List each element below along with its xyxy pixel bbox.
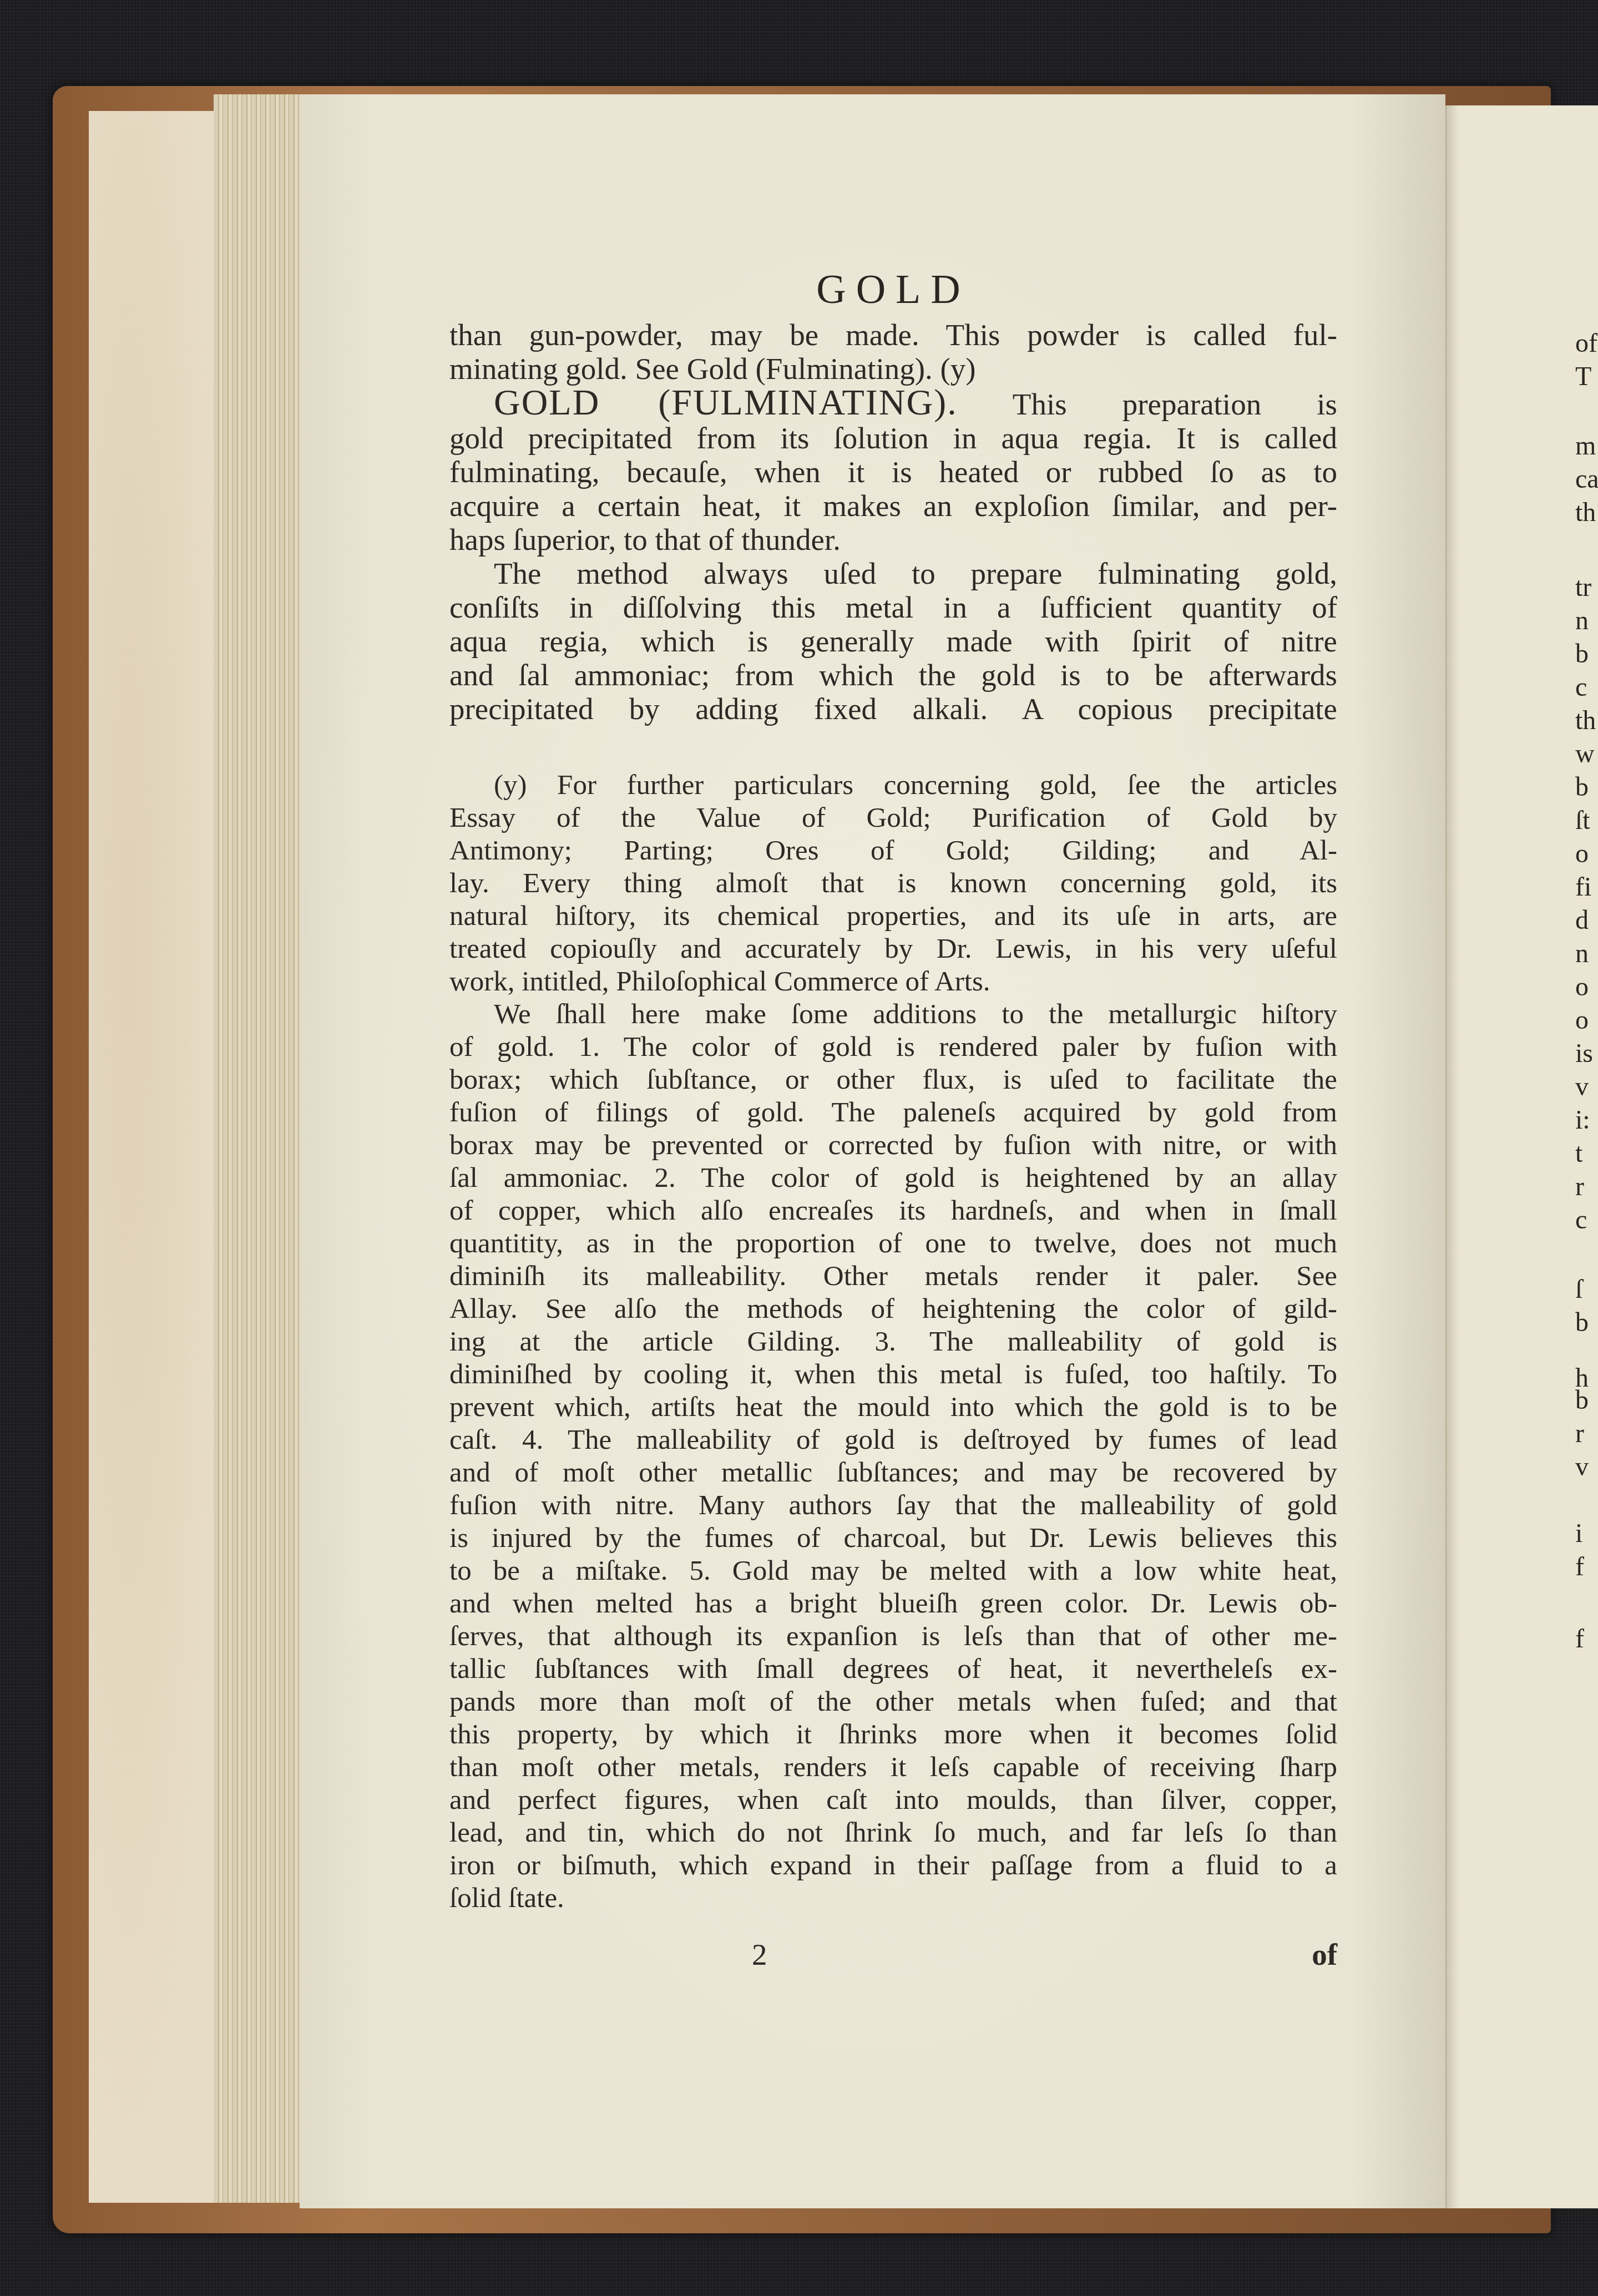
footnote-line: We ſhall here make ſome additions to the…	[449, 998, 1337, 1031]
catchword: of	[1312, 1937, 1337, 1972]
footnote-line: and perfect figures, when caſt into moul…	[449, 1784, 1337, 1817]
footnote-line: (y) For further particulars concerning g…	[449, 769, 1337, 802]
entry-headword-line: GOLD (FULMINATING). This preparation is	[449, 386, 1337, 421]
text-line: and ſal ammoniac; from which the gold is…	[449, 658, 1337, 692]
footnote-line: lead, and tin, which do not ſhrink ſo mu…	[449, 1817, 1337, 1849]
facing-page-text-fragment: b	[1575, 774, 1589, 801]
facing-page-text-fragment: v	[1575, 1074, 1589, 1100]
footnote-line: treated copiouſly and accurately by Dr. …	[449, 933, 1337, 965]
footnote-line: this property, by which it ſhrinks more …	[449, 1718, 1337, 1751]
text-line: minating gold. See Gold (Fulminating). (…	[449, 352, 1337, 386]
facing-page-text-fragment: tr	[1575, 574, 1591, 601]
footnote-line: iron or biſmuth, which expand in their p…	[449, 1849, 1337, 1882]
footnote-line: borax; which ſubſtance, or other flux, i…	[449, 1064, 1337, 1096]
facing-page-text-fragment: n	[1575, 608, 1589, 634]
facing-page-text-fragment: i:	[1575, 1107, 1590, 1134]
facing-page-text-fragment: d	[1575, 907, 1589, 934]
facing-page-text-fragment: b	[1575, 1309, 1589, 1336]
facing-page-text-fragment: o	[1575, 974, 1589, 1000]
text-line: precipitated by adding fixed alkali. A c…	[449, 692, 1337, 726]
facing-page-text-fragment: th	[1575, 707, 1596, 734]
footnote-line: caſt. 4. The malleability of gold is deſ…	[449, 1424, 1337, 1457]
text-line: gold precipitated from its ſolution in a…	[449, 421, 1337, 455]
facing-page-text-fragment: f	[1575, 1554, 1584, 1580]
facing-page-text-fragment: c	[1575, 1207, 1587, 1233]
footnote-line: Antimony; Parting; Ores of Gold; Gilding…	[449, 835, 1337, 867]
text-line: The method always uſed to prepare fulmin…	[449, 557, 1337, 590]
facing-page-text-fragment: o	[1575, 841, 1589, 867]
entry-headword: GOLD (FULMINATING).	[494, 382, 958, 423]
footnote-line: of gold. 1. The color of gold is rendere…	[449, 1031, 1337, 1064]
page-edges	[214, 94, 302, 2203]
footnote-line: and when melted has a bright blueiſh gre…	[449, 1587, 1337, 1620]
facing-page-text-fragment: ſt	[1575, 807, 1590, 834]
text-line: than gun-powder, may be made. This powde…	[449, 318, 1337, 352]
footnote-line: ing at the article Gilding. 3. The malle…	[449, 1326, 1337, 1358]
facing-page-text-fragment: n	[1575, 940, 1589, 967]
facing-page-text-fragment: t	[1575, 1140, 1582, 1167]
footnote-line: tallic ſubſtances with ſmall degrees of …	[449, 1653, 1337, 1686]
footnote-line: prevent which, artiſts heat the mould in…	[449, 1391, 1337, 1424]
text-line: aqua regia, which is generally made with…	[449, 624, 1337, 658]
text-line: conſiſts in diſſolving this metal in a ſ…	[449, 590, 1337, 624]
footnote-line: work, intitled, Philoſophical Commerce o…	[449, 965, 1337, 998]
running-head: GOLD	[449, 266, 1337, 313]
footnote-line: of copper, which alſo encreaſes its hard…	[449, 1195, 1337, 1227]
footnote-line: Allay. See alſo the methods of heighteni…	[449, 1293, 1337, 1326]
facing-page-text-fragment: i	[1575, 1520, 1582, 1547]
footnote-line: lay. Every thing almoſt that is known co…	[449, 867, 1337, 900]
facing-page-text-fragment: of	[1575, 330, 1597, 357]
footnote-line: diminiſh its malleability. Other metals …	[449, 1260, 1337, 1293]
facing-page-text-fragment: ſ	[1575, 1276, 1582, 1303]
facing-page-text-fragment: c	[1575, 674, 1587, 701]
facing-page-text-fragment: T	[1575, 363, 1591, 390]
text-block: GOLD than gun-powder, may be made. This …	[449, 266, 1337, 1976]
facing-page-text-fragment: b	[1575, 641, 1589, 667]
footnote-marker: (y)	[494, 770, 527, 801]
signature-mark: 2	[752, 1937, 767, 1972]
main-text: than gun-powder, may be made. This powde…	[449, 318, 1337, 726]
text-line: fulminating, becauſe, when it is heated …	[449, 455, 1337, 489]
footnote-line: ſolid ſtate.	[449, 1882, 1337, 1915]
facing-page-text-fragment: r	[1575, 1174, 1584, 1200]
text-line: acquire a certain heat, it makes an expl…	[449, 489, 1337, 523]
footnote-line: is injured by the fumes of charcoal, but…	[449, 1522, 1337, 1555]
footnote-line: fuſion of filings of gold. The paleneſs …	[449, 1096, 1337, 1129]
footnote-line: ſerves, that although its expanſion is l…	[449, 1620, 1337, 1653]
footnote-line: and of moſt other metallic ſubſtances; a…	[449, 1457, 1337, 1489]
footnote-line: natural hiſtory, its chemical properties…	[449, 900, 1337, 933]
facing-page-text-fragment: f	[1575, 1626, 1584, 1652]
facing-page-text-fragment: fi	[1575, 874, 1591, 901]
footnote: (y) For further particulars concerning g…	[449, 769, 1337, 1915]
footnote-line: fuſion with nitre. Many authors ſay that…	[449, 1489, 1337, 1522]
footnote-line: quantitity, as in the proportion of one …	[449, 1227, 1337, 1260]
facing-page-text-fragment: b	[1575, 1387, 1589, 1414]
facing-page-text-fragment: ca	[1575, 466, 1598, 493]
facing-page-edge: ofTmcathtrnbcthwbſtofidnooisvi:trcſbhbrv…	[1445, 105, 1598, 2208]
facing-page-text-fragment: o	[1575, 1007, 1589, 1034]
footnote-line: diminiſhed by cooling it, when this meta…	[449, 1358, 1337, 1391]
facing-page-text-fragment: w	[1575, 741, 1595, 767]
endpaper	[89, 111, 222, 2203]
page-footer: 2 of	[449, 1937, 1337, 1976]
footnote-line: to be a miſtake. 5. Gold may be melted w…	[449, 1555, 1337, 1587]
footnote-line: pands more than moſt of the other metals…	[449, 1686, 1337, 1718]
facing-page-text-fragment: is	[1575, 1040, 1593, 1067]
footnote-line: ſal ammoniac. 2. The color of gold is he…	[449, 1162, 1337, 1195]
facing-page-text-fragment: m	[1575, 433, 1596, 459]
footnote-line: borax may be prevented or corrected by f…	[449, 1129, 1337, 1162]
facing-page-text-fragment: v	[1575, 1454, 1589, 1480]
facing-page-text-fragment: r	[1575, 1420, 1584, 1447]
footnote-line: Essay of the Value of Gold; Purification…	[449, 802, 1337, 835]
text-line: haps ſuperior, to that of thunder.	[449, 523, 1337, 557]
facing-page-text-fragment: th	[1575, 499, 1596, 526]
footnote-line: than moſt other metals, renders it leſs …	[449, 1751, 1337, 1784]
